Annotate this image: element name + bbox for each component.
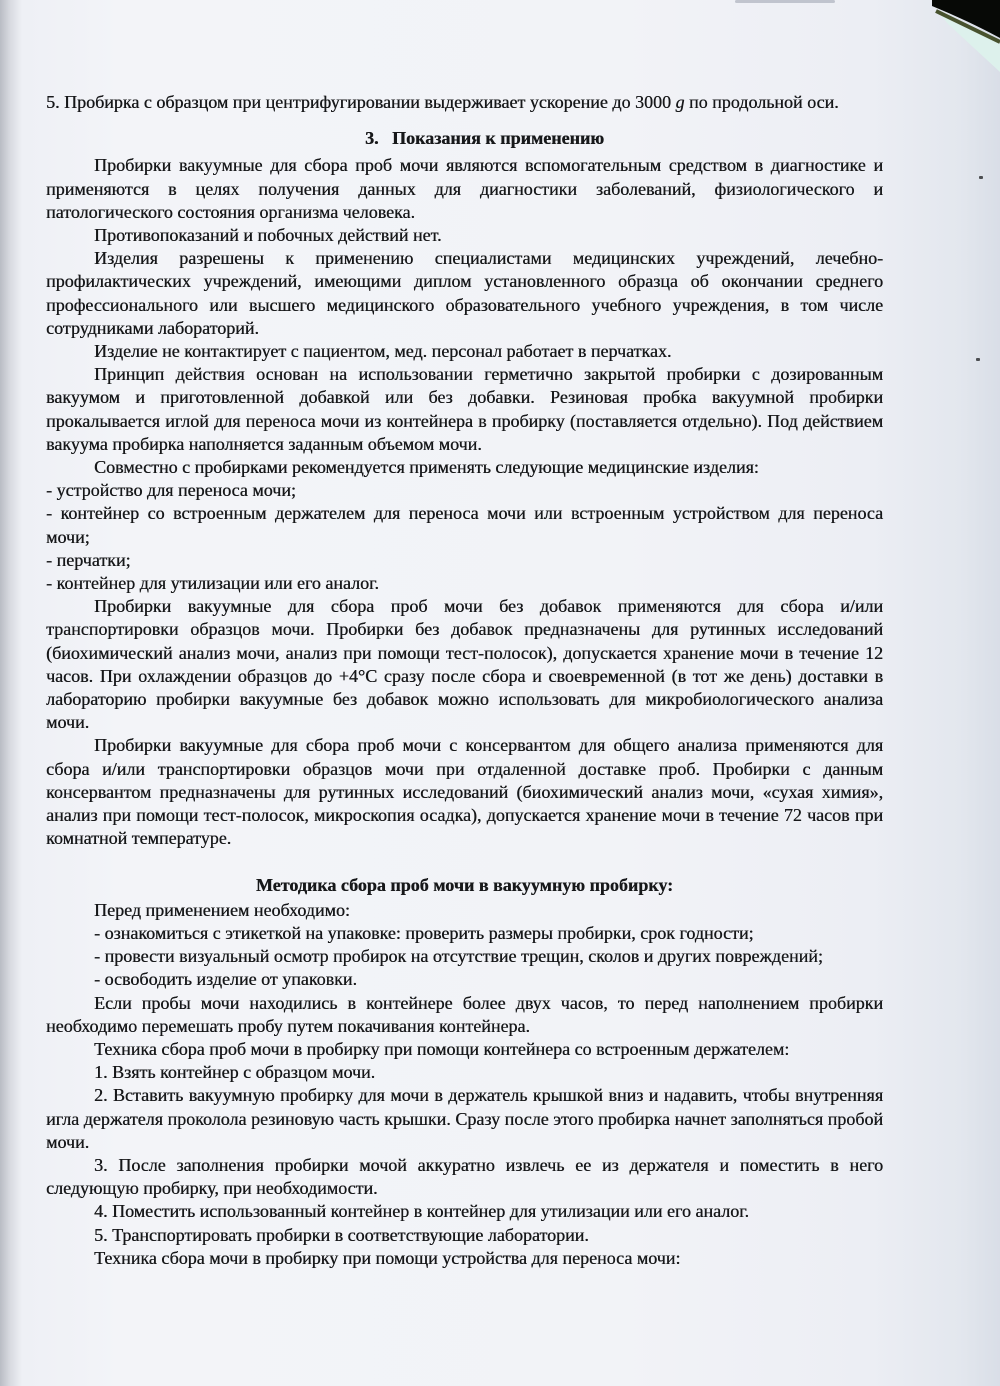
list-item: - контейнер со встроенным держателем для…: [46, 502, 883, 548]
paragraph: Перед применением необходимо:: [46, 899, 883, 922]
paragraph: 5. Транспортировать пробирки в соответст…: [46, 1224, 883, 1247]
paragraph: Принцип действия основан на использовани…: [46, 363, 883, 456]
list-item: - устройство для переноса мочи;: [46, 479, 883, 502]
section-heading: 3. Показания к применению: [86, 127, 883, 150]
paragraph: 3. После заполнения пробирки мочой аккур…: [46, 1154, 883, 1200]
list-item: - освободить изделие от упаковки.: [46, 968, 883, 991]
method-heading: Методика сбора проб мочи в вакуумную про…: [46, 874, 883, 897]
paragraph: Противопоказаний и побочных действий нет…: [46, 224, 883, 247]
paragraph: 4. Поместить использованный контейнер в …: [46, 1200, 883, 1223]
paragraph: Техника сбора мочи в пробирку при помощи…: [46, 1247, 883, 1270]
paragraph: Техника сбора проб мочи в пробирку при п…: [46, 1038, 883, 1061]
paragraph: Совместно с пробирками рекомендуется при…: [46, 456, 883, 479]
text-segment: 5. Пробирка с образцом при центрифугиров…: [46, 92, 675, 112]
paragraph: Пробирки вакуумные для сбора проб мочи с…: [46, 734, 883, 850]
note: 5. Пробирка с образцом при центрифугиров…: [46, 91, 883, 114]
document-body: 5. Пробирка с образцом при центрифугиров…: [0, 0, 1000, 1270]
paragraph: 1. Взять контейнер с образцом мочи.: [46, 1061, 883, 1084]
list-item: - контейнер для утилизации или его анало…: [46, 572, 883, 595]
paragraph: Пробирки вакуумные для сбора проб мочи я…: [46, 154, 883, 224]
paragraph: 2. Вставить вакуумную пробирку для мочи …: [46, 1084, 883, 1154]
list-item: - перчатки;: [46, 549, 883, 572]
paragraph: Пробирки вакуумные для сбора проб мочи б…: [46, 595, 883, 734]
list-item: - ознакомиться с этикеткой на упаковке: …: [46, 922, 883, 945]
list-item: - провести визуальный осмотр пробирок на…: [46, 945, 883, 968]
paragraph: Изделия разрешены к применению специалис…: [46, 247, 883, 340]
scanned-document-page: 5. Пробирка с образцом при центрифугиров…: [0, 0, 1000, 1386]
paragraph: Если пробы мочи находились в контейнере …: [46, 992, 883, 1038]
text-segment: по продольной оси.: [684, 92, 838, 112]
paragraph: Изделие не контактирует с пациентом, мед…: [46, 340, 883, 363]
